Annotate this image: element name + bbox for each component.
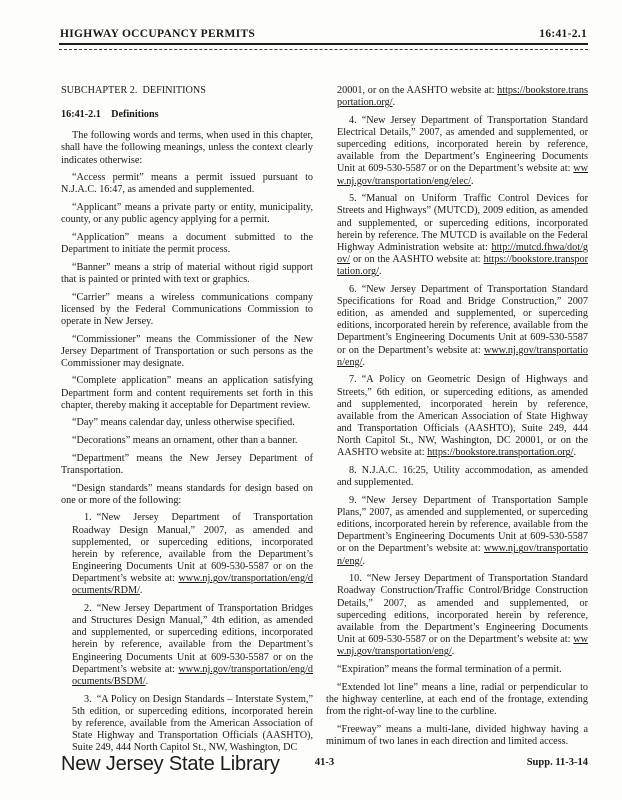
hyperlink-text[interactable]: www.nj.gov/transportation/eng/documents/…	[72, 573, 313, 596]
design-standard-item-9: 9. “New Jersey Department of Transportat…	[337, 495, 588, 568]
definition-access-permit: “Access permit” means a permit issued pu…	[61, 172, 313, 196]
hyperlink-text[interactable]: www.nj.gov/transportation/eng/elec/	[337, 163, 588, 186]
design-standard-item-10: 10. “New Jersey Department of Transporta…	[337, 573, 588, 658]
hyperlink-text[interactable]: https://bookstore.transportation.org/	[337, 85, 588, 108]
definition-carrier: “Carrier” means a wireless communication…	[61, 292, 313, 328]
two-column-body: SUBCHAPTER 2. DEFINITIONS16:41-2.1 Defin…	[61, 85, 588, 760]
right-column: 20001, or on the AASHTO website at: http…	[326, 85, 588, 760]
design-standard-item-4: 4. “New Jersey Department of Transportat…	[337, 115, 588, 188]
design-standard-item-2: 2. “New Jersey Department of Transportat…	[72, 603, 313, 688]
design-standard-item-8: 8. N.J.A.C. 16:25, Utility accommodation…	[337, 465, 588, 489]
header-rule-solid	[59, 43, 588, 45]
definition-department: “Department” means the New Jersey Depart…	[61, 453, 313, 477]
hyperlink-text[interactable]: www.nj.gov/transportation/eng/	[337, 345, 588, 368]
left-column: SUBCHAPTER 2. DEFINITIONS16:41-2.1 Defin…	[61, 85, 313, 760]
definition-extended-lot-line: “Extended lot line” means a line, radial…	[326, 682, 588, 718]
design-standard-item-1: 1. “New Jersey Department of Transportat…	[72, 512, 313, 597]
definition-design-standards: “Design standards” means standards for d…	[61, 483, 313, 507]
definition-decorations: “Decorations” means an ornament, other t…	[61, 435, 313, 447]
page-header: HIGHWAY OCCUPANCY PERMITS 16:41-2.1	[60, 28, 587, 40]
definition-applicant: “Applicant” means a private party or ent…	[61, 202, 313, 226]
document-page: HIGHWAY OCCUPANCY PERMITS 16:41-2.1 SUBC…	[0, 0, 622, 800]
library-stamp: New Jersey State Library	[61, 753, 280, 776]
section-heading: 16:41-2.1 Definitions	[61, 109, 313, 121]
hyperlink-text[interactable]: https://bookstore.transportation.org/	[337, 254, 588, 277]
page-number: 41-3	[315, 757, 334, 768]
design-standard-item-3-continued: 20001, or on the AASHTO website at: http…	[337, 85, 588, 109]
design-standard-item-5: 5. “Manual on Uniform Traffic Control De…	[337, 193, 588, 278]
definition-application: “Application” means a document submitted…	[61, 232, 313, 256]
supplement-date: Supp. 11-3-14	[527, 757, 588, 768]
definition-banner: “Banner” means a strip of material witho…	[61, 262, 313, 286]
hyperlink-text[interactable]: www.nj.gov/transportation/eng/	[337, 634, 588, 657]
design-standard-item-3: 3. “A Policy on Design Standards – Inter…	[72, 694, 313, 755]
definition-day: “Day” means calendar day, unless otherwi…	[61, 417, 313, 429]
page-footer: New Jersey State Library 41-3 Supp. 11-3…	[61, 748, 588, 776]
running-head-section-ref: 16:41-2.1	[539, 28, 587, 40]
hyperlink-text[interactable]: www.nj.gov/transportation/eng/documents/…	[72, 664, 313, 687]
definition-commissioner: “Commissioner” means the Commissioner of…	[61, 334, 313, 370]
design-standard-item-6: 6. “New Jersey Department of Transportat…	[337, 284, 588, 369]
running-head-title: HIGHWAY OCCUPANCY PERMITS	[60, 28, 255, 40]
subchapter-heading: SUBCHAPTER 2. DEFINITIONS	[61, 85, 313, 97]
header-rule-dashed	[59, 49, 588, 50]
definition-freeway: “Freeway” means a multi-lane, divided hi…	[326, 724, 588, 748]
definition-complete-application: “Complete application” means an applicat…	[61, 375, 313, 411]
hyperlink-text[interactable]: www.nj.gov/transportation/eng/	[337, 543, 588, 566]
hyperlink-text[interactable]: https://bookstore.transportation.org/	[427, 447, 573, 458]
intro-paragraph: The following words and terms, when used…	[61, 130, 313, 166]
definition-expiration: “Expiration” means the formal terminatio…	[326, 664, 588, 676]
design-standard-item-7: 7. “A Policy on Geometric Design of High…	[337, 374, 588, 459]
